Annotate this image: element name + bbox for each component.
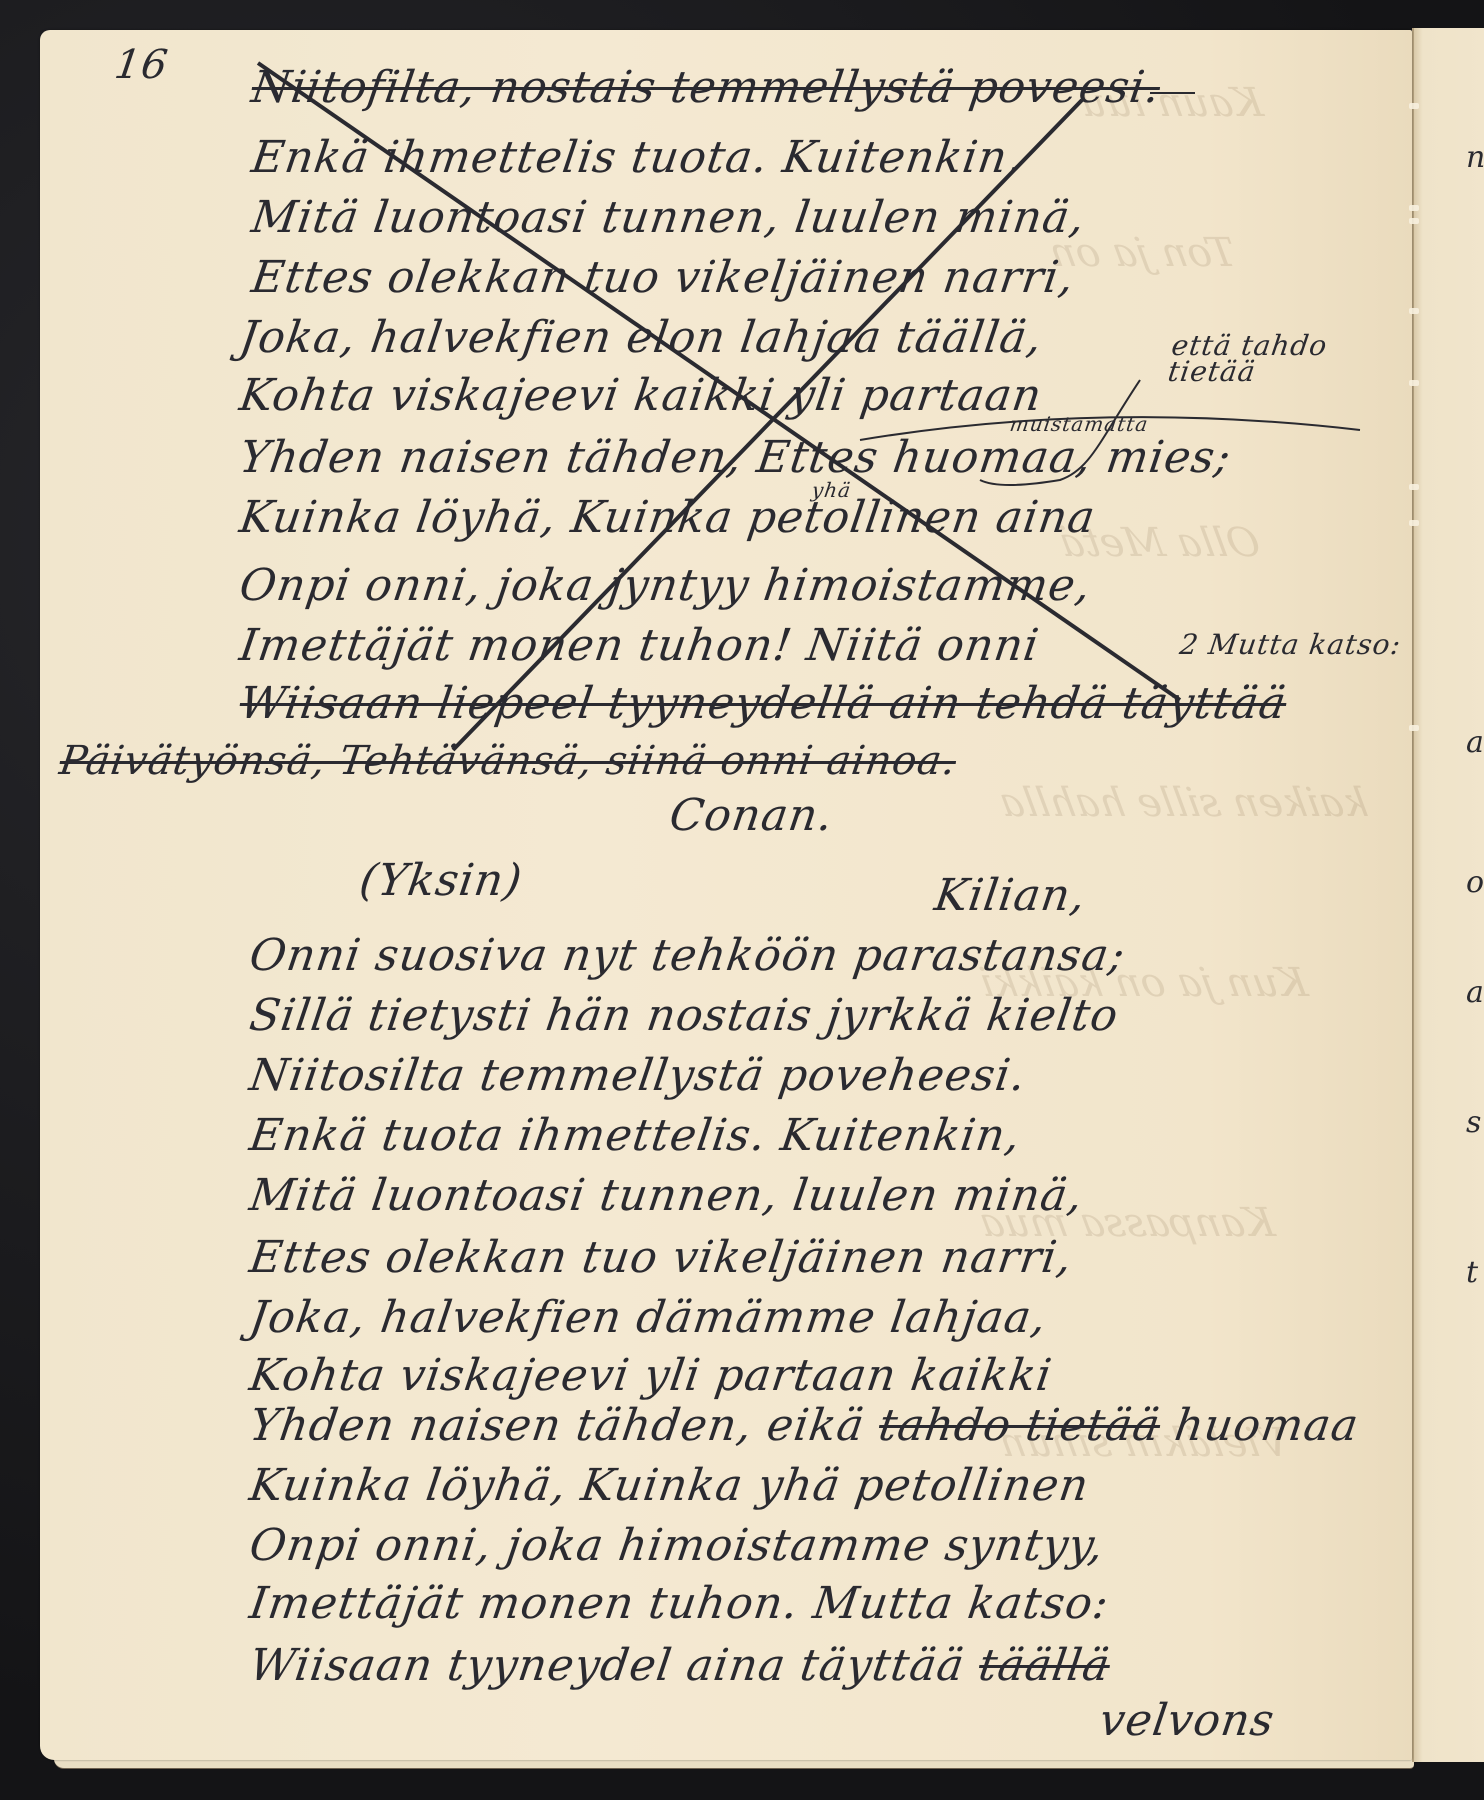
manuscript-line: Enkä ihmettelis tuota. Kuitenkin, xyxy=(248,132,1026,183)
manuscript-line: Yhden naisen tähden, Ettes huomaa, mies; xyxy=(236,432,1234,483)
interlinear-insertion: yhä xyxy=(810,478,852,502)
manuscript-line: Ettes olekkan tuo vikeljäinen narri, xyxy=(246,1232,1075,1283)
binding-stitch xyxy=(1409,380,1419,386)
manuscript-line: Wiisaan tyyneydel aina täyttää täällä xyxy=(246,1640,1113,1691)
line-text: Yhden naisen tähden, eikä xyxy=(246,1400,867,1451)
manuscript-line: Joka, halvekfien dämämme lahjaa, xyxy=(246,1292,1050,1343)
manuscript-line: Yhden naisen tähden, eikä tahdo tietää h… xyxy=(246,1400,1362,1451)
binding-stitch xyxy=(1409,103,1419,109)
facing-page-fragment: a xyxy=(1466,725,1484,760)
manuscript-line: Mitä luontoasi tunnen, luulen minä, xyxy=(248,192,1088,243)
line-addition: 2 Mutta katso: xyxy=(1178,628,1404,661)
line-text: Wiisaan tyyneydel aina täyttää xyxy=(246,1640,967,1691)
manuscript-line: Sillä tietysti hän nostais jyrkkä kielto xyxy=(246,990,1121,1041)
manuscript-line: Kohta viskajeevi yli partaan kaikki xyxy=(246,1350,1055,1401)
stage-direction: (Yksin) xyxy=(356,855,525,906)
facing-page-fragment: s xyxy=(1466,1105,1481,1140)
manuscript-line: Wiisaan liepeel tyyneydellä ain tehdä tä… xyxy=(236,678,1289,729)
manuscript-line: Onpi onni, joka himoistamme syntyy, xyxy=(246,1520,1107,1571)
manuscript-line: Niitosilta temmellystä poveheesi. xyxy=(246,1050,1029,1101)
manuscript-line: Kohta viskajeevi kaikki yli partaan xyxy=(236,370,1045,421)
binding-stitch xyxy=(1409,205,1419,211)
facing-page-fragment: o xyxy=(1466,865,1484,900)
manuscript-line: Kuinka löyhä, Kuinka yhä petollinen xyxy=(246,1460,1092,1511)
struck-text: täällä xyxy=(976,1640,1114,1691)
line-addition: huomaa xyxy=(1172,1400,1363,1451)
speaker-name: Conan. xyxy=(666,790,836,841)
manuscript-line: Enkä tuota ihmettelis. Kuitenkin, xyxy=(246,1110,1024,1161)
facing-page-fragment: a xyxy=(1466,975,1484,1010)
manuscript-line: Mitä luontoasi tunnen, luulen minä, xyxy=(246,1170,1086,1221)
manuscript-line: Ettes olekkan tuo vikeljäinen narri, xyxy=(248,252,1077,303)
facing-page-fragment: n xyxy=(1466,140,1484,175)
manuscript-line: Päivätyönsä, Tehtävänsä, siinä onni aino… xyxy=(57,738,960,784)
manuscript-line: Onpi onni, joka jyntyy himoistamme, xyxy=(236,560,1094,611)
manuscript-line: velvons xyxy=(1096,1695,1277,1746)
binding-stitch xyxy=(1409,520,1419,526)
manuscript-line: Joka, halvekfien elon lahjaa täällä, xyxy=(236,312,1045,363)
manuscript-line: Imettäjät monen tuhon! Niitä onni xyxy=(236,620,1042,671)
margin-note: että tahdo tietää xyxy=(1166,333,1373,385)
addressee: Kilian, xyxy=(931,870,1089,921)
struck-text: tahdo tietää xyxy=(876,1400,1164,1451)
binding-stitch xyxy=(1409,308,1419,314)
manuscript-line: Kuinka löyhä, Kuinka petollinen aina xyxy=(236,492,1098,543)
facing-page-fragment: t xyxy=(1466,1255,1478,1290)
binding-stitch xyxy=(1409,484,1419,490)
page-number: 16 xyxy=(112,42,171,88)
manuscript-line: Niitofilta, nostais temmellystä poveesi. xyxy=(248,62,1163,113)
binding-stitch xyxy=(1409,725,1419,731)
binding-stitch xyxy=(1409,218,1419,224)
manuscript-line: Onni suosiva nyt tehköön parastansa; xyxy=(246,930,1128,981)
manuscript-line: Imettäjät monen tuhon. Mutta katso: xyxy=(246,1578,1112,1629)
interlinear-insertion: muistamatta xyxy=(1008,412,1150,436)
